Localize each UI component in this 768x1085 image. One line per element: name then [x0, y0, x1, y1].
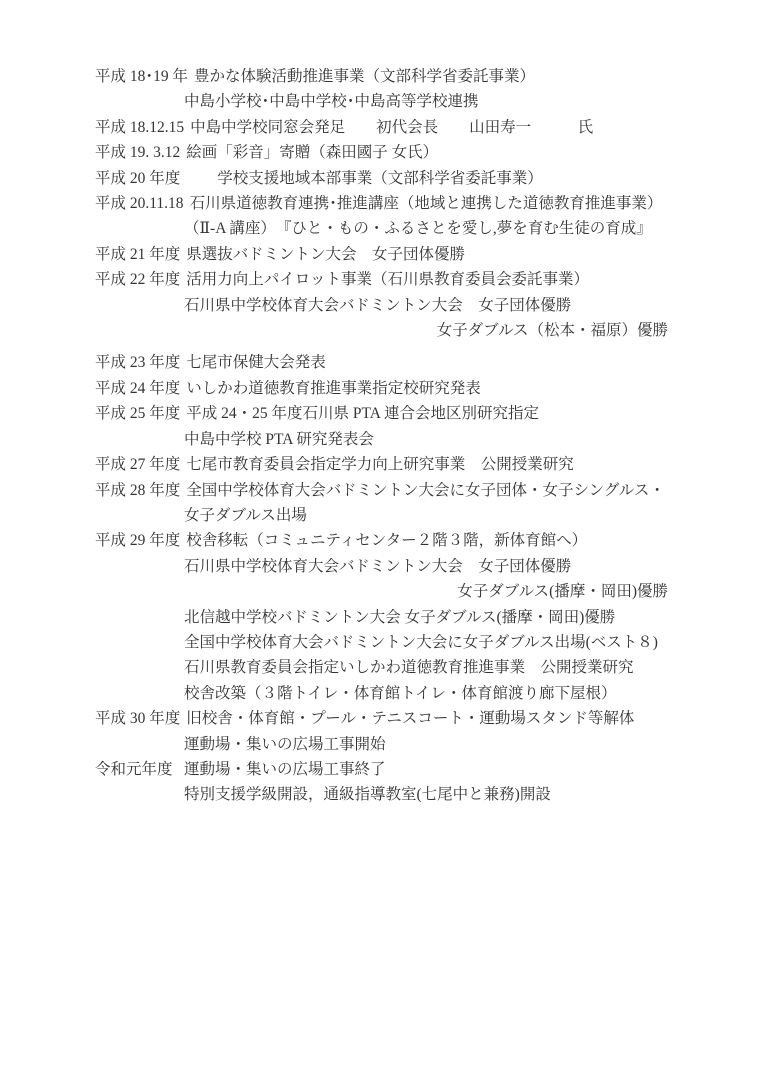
history-date: 平成 25 年度 — [95, 401, 180, 426]
history-row: 平成 22 年度 活用力向上パイロット事業（石川県教育委員会委託事業） — [95, 267, 668, 292]
history-date: 平成 20.11.18 — [95, 191, 184, 216]
history-row: 平成 20.11.18 石川県道徳教育連携･推進講座（地域と連携した道徳教育推進… — [95, 191, 668, 216]
history-row: 全国中学校体育大会バドミントン大会に女子ダブルス出場(ベスト８) — [95, 630, 668, 655]
history-row: 女子ダブルス出場 — [95, 503, 668, 528]
history-event: 女子ダブルス(播摩・岡田)優勝 — [184, 579, 668, 604]
history-row: 中島小学校･中島中学校･中島高等学校連携 — [95, 89, 668, 114]
history-date: 平成 18･19 年 — [95, 64, 188, 89]
history-event: 七尾市教育委員会指定学力向上研究事業 公開授業研究 — [186, 452, 668, 477]
history-row: 校舎改築（３階トイレ・体育館トイレ・体育館渡り廊下屋根） — [95, 681, 668, 706]
history-date: 平成 24 年度 — [95, 376, 180, 401]
history-event: 全国中学校体育大会バドミントン大会に女子ダブルス出場(ベスト８) — [184, 630, 668, 655]
history-event: 全国中学校体育大会バドミントン大会に女子団体・女子シングルス・ — [186, 478, 668, 503]
history-date: 平成 20 年度 — [95, 166, 180, 191]
history-event: 県選抜バドミントン大会 女子団体優勝 — [186, 242, 668, 267]
history-row: 特別支援学級開設，通級指導教室(七尾中と兼務)開設 — [95, 782, 668, 807]
history-event: 特別支援学級開設，通級指導教室(七尾中と兼務)開設 — [184, 782, 668, 807]
history-event: いしかわ道徳教育推進事業指定校研究発表 — [186, 376, 668, 401]
history-date: 平成 19. 3.12 — [95, 140, 180, 165]
history-event: 校舎移転（コミュニティセンター２階３階，新体育館へ） — [186, 528, 668, 553]
history-event: 北信越中学校バドミントン大会 女子ダブルス(播摩・岡田)優勝 — [184, 605, 668, 630]
history-date: 平成 27 年度 — [95, 452, 180, 477]
history-row: 運動場・集いの広場工事開始 — [95, 732, 668, 757]
history-event: 石川県教育委員会指定いしかわ道徳教育推進事業 公開授業研究 — [184, 655, 668, 680]
history-row: 中島中学校 PTA 研究発表会 — [95, 427, 668, 452]
history-event: 中島中学校同窓会発足 初代会長 山田寿一 氏 — [190, 115, 668, 140]
history-event: 校舎改築（３階トイレ・体育館トイレ・体育館渡り廊下屋根） — [184, 681, 668, 706]
history-row: 平成 25 年度 平成 24・25 年度石川県 PTA 連合会地区別研究指定 — [95, 401, 668, 426]
history-date: 平成 18.12.15 — [95, 115, 184, 140]
history-row: 平成 18.12.15 中島中学校同窓会発足 初代会長 山田寿一 氏 — [95, 115, 668, 140]
history-row: 平成 24 年度 いしかわ道徳教育推進事業指定校研究発表 — [95, 376, 668, 401]
history-row: 平成 28 年度 全国中学校体育大会バドミントン大会に女子団体・女子シングルス・ — [95, 478, 668, 503]
history-date: 平成 22 年度 — [95, 267, 180, 292]
history-event: 運動場・集いの広場工事開始 — [184, 732, 668, 757]
history-row: 女子ダブルス（松本・福原）優勝 — [95, 318, 668, 343]
history-row: 平成 29 年度 校舎移転（コミュニティセンター２階３階，新体育館へ） — [95, 528, 668, 553]
history-event: 七尾市保健大会発表 — [186, 350, 668, 375]
history-date: 平成 21 年度 — [95, 242, 180, 267]
history-row: 平成 23 年度 七尾市保健大会発表 — [95, 350, 668, 375]
history-event: 旧校舎・体育館・プール・テニスコート・運動場スタンド等解体 — [186, 706, 668, 731]
history-row: 平成 18･19 年 豊かな体験活動推進事業（文部科学省委託事業） — [95, 64, 668, 89]
history-row: 平成 19. 3.12 絵画「彩音」寄贈（森田國子 女氏） — [95, 140, 668, 165]
history-row: 石川県教育委員会指定いしかわ道徳教育推進事業 公開授業研究 — [95, 655, 668, 680]
history-row: 北信越中学校バドミントン大会 女子ダブルス(播摩・岡田)優勝 — [95, 605, 668, 630]
history-row: （Ⅱ-A 講座） 『ひと・もの・ふるさとを愛し,夢を育む生徒の育成』 — [95, 216, 668, 241]
history-row: 平成 30 年度 旧校舎・体育館・プール・テニスコート・運動場スタンド等解体 — [95, 706, 668, 731]
history-event: 豊かな体験活動推進事業（文部科学省委託事業） — [194, 64, 668, 89]
history-date: 平成 30 年度 — [95, 706, 180, 731]
history-event: 女子ダブルス出場 — [184, 503, 668, 528]
history-date: 平成 29 年度 — [95, 528, 180, 553]
history-event: 女子ダブルス（松本・福原）優勝 — [184, 318, 668, 343]
history-date: 平成 23 年度 — [95, 350, 180, 375]
history-event: 活用力向上パイロット事業（石川県教育委員会委託事業） — [186, 267, 668, 292]
history-event: 学校支援地域本部事業（文部科学省委託事業） — [186, 166, 668, 191]
history-event: 運動場・集いの広場工事終了 — [184, 757, 668, 782]
history-row: 平成 20 年度 学校支援地域本部事業（文部科学省委託事業） — [95, 166, 668, 191]
history-row: 平成 27 年度 七尾市教育委員会指定学力向上研究事業 公開授業研究 — [95, 452, 668, 477]
document-page: 平成 18･19 年 豊かな体験活動推進事業（文部科学省委託事業） 中島小学校･… — [0, 0, 768, 1085]
history-event: 平成 24・25 年度石川県 PTA 連合会地区別研究指定 — [186, 401, 668, 426]
history-date: 平成 28 年度 — [95, 478, 180, 503]
history-row: 平成 21 年度 県選抜バドミントン大会 女子団体優勝 — [95, 242, 668, 267]
history-event: 中島中学校 PTA 研究発表会 — [184, 427, 668, 452]
history-event: 絵画「彩音」寄贈（森田國子 女氏） — [186, 140, 668, 165]
history-row: 令和元年度 運動場・集いの広場工事終了 — [95, 757, 668, 782]
history-row: 女子ダブルス(播摩・岡田)優勝 — [95, 579, 668, 604]
history-row: 石川県中学校体育大会バドミントン大会 女子団体優勝 — [95, 554, 668, 579]
history-event: 石川県中学校体育大会バドミントン大会 女子団体優勝 — [184, 554, 668, 579]
history-event: 中島小学校･中島中学校･中島高等学校連携 — [184, 89, 668, 114]
history-row: 石川県中学校体育大会バドミントン大会 女子団体優勝 — [95, 293, 668, 318]
history-event: 石川県中学校体育大会バドミントン大会 女子団体優勝 — [184, 293, 668, 318]
school-history-list: 平成 18･19 年 豊かな体験活動推進事業（文部科学省委託事業） 中島小学校･… — [95, 64, 668, 808]
history-date: 令和元年度 — [95, 757, 178, 782]
history-event: （Ⅱ-A 講座） 『ひと・もの・ふるさとを愛し,夢を育む生徒の育成』 — [184, 216, 668, 241]
history-event: 石川県道徳教育連携･推進講座（地域と連携した道徳教育推進事業） — [190, 191, 668, 216]
